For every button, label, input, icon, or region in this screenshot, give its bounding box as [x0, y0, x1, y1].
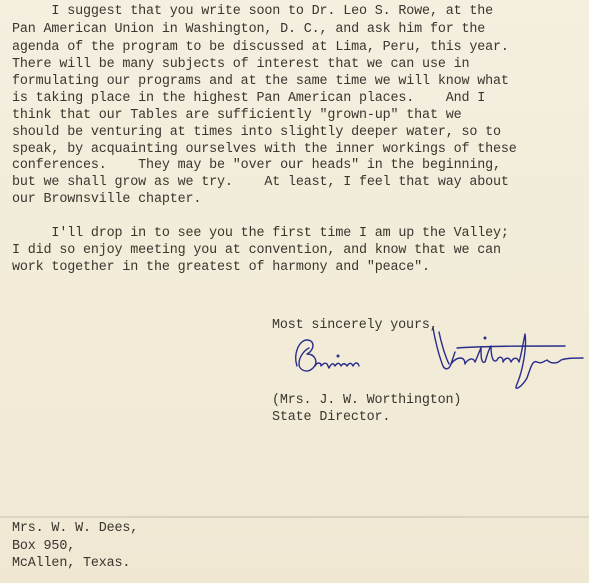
paragraph-2-line-3: work together in the greatest of harmony… [12, 260, 430, 276]
paragraph-1-line-7: think that our Tables are sufficiently "… [12, 108, 462, 124]
recipient-line-3: McAllen, Texas. [12, 556, 130, 572]
paragraph-1-line-1: I suggest that you write soon to Dr. Leo… [12, 4, 493, 20]
paragraph-1-line-12: our Brownsville chapter. [12, 192, 201, 208]
handwritten-signature [285, 326, 585, 396]
signer-name: (Mrs. J. W. Worthington) [272, 393, 461, 408]
paragraph-1-line-10: conferences. They may be "over our heads… [12, 158, 501, 174]
paragraph-1-line-3: agenda of the program to be discussed at… [12, 40, 509, 56]
recipient-line-2: Box 950, [12, 539, 75, 555]
paragraph-1-line-8: should be venturing at times into slight… [12, 125, 501, 141]
paragraph-1-line-4: There will be many subjects of interest … [12, 57, 469, 73]
paragraph-1-line-9: speak, by acquainting ourselves with the… [12, 142, 517, 158]
paper-fold-line [0, 516, 589, 518]
paragraph-1-line-2: Pan American Union in Washington, D. C.,… [12, 22, 485, 38]
paragraph-1-line-6: is taking place in the highest Pan Ameri… [12, 91, 485, 107]
signer-title: State Director. [272, 410, 390, 425]
paragraph-1-line-11: but we shall grow as we try. At least, I… [12, 175, 509, 191]
paragraph-1-line-5: formulating our programs and at the same… [12, 74, 509, 90]
letter-page: I suggest that you write soon to Dr. Leo… [0, 0, 589, 583]
paragraph-2-line-2: I did so enjoy meeting you at convention… [12, 243, 501, 259]
recipient-line-1: Mrs. W. W. Dees, [12, 521, 138, 537]
paragraph-2-line-1: I'll drop in to see you the first time I… [12, 226, 509, 242]
